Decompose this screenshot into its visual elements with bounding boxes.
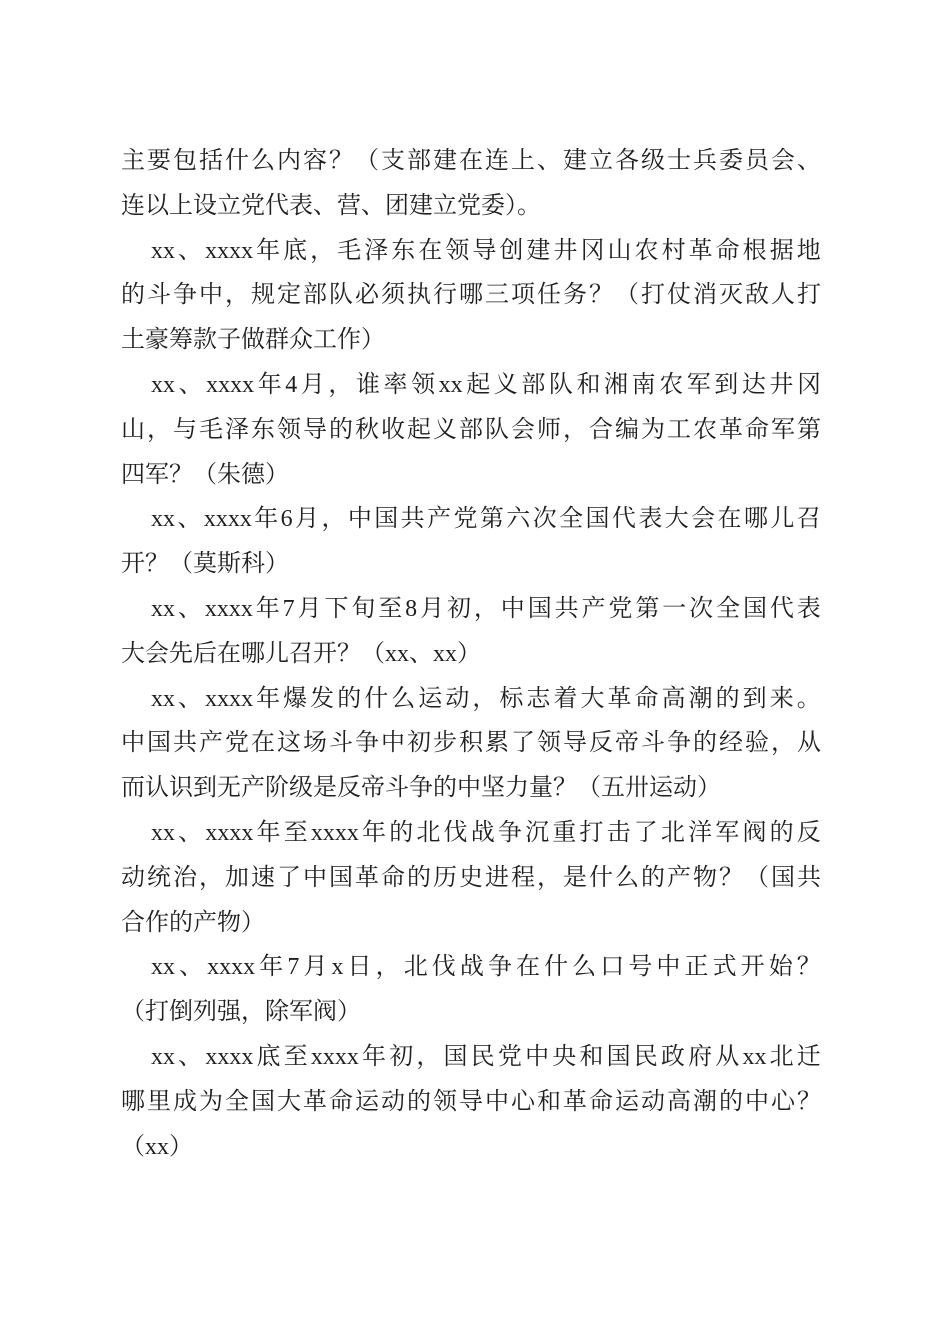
text-line: 连以上设立党代表、营、团建立党委）。 (121, 184, 821, 229)
text-line: xx、xxxx年底，毛泽东在领导创建井冈山农村革命根据地 (121, 229, 821, 274)
text-line: xx、xxxx底至xxxx年初，国民党中央和国民政府从xx北迁 (121, 1035, 821, 1080)
text-line: xx、xxxx年至xxxx年的北伐战争沉重打击了北洋军阀的反 (121, 811, 821, 856)
text-line: 大会先后在哪儿召开？（xx、xx） (121, 632, 821, 677)
text-line: xx、xxxx年7月x日，北伐战争在什么口号中正式开始？ (121, 945, 821, 990)
document-page: 主要包括什么内容？（支部建在连上、建立各级士兵委员会、连以上设立党代表、营、团建… (0, 0, 950, 1344)
paragraph: xx、xxxx底至xxxx年初，国民党中央和国民政府从xx北迁哪里成为全国大革命… (121, 1035, 821, 1169)
document-body: 主要包括什么内容？（支部建在连上、建立各级士兵委员会、连以上设立党代表、营、团建… (121, 139, 821, 1169)
text-line: 哪里成为全国大革命运动的领导中心和革命运动高潮的中心？ (121, 1080, 821, 1125)
text-line: 山，与毛泽东领导的秋收起义部队会师，合编为工农革命军第 (121, 408, 821, 453)
text-line: （xx） (121, 1125, 821, 1170)
text-line: xx、xxxx年7月下旬至8月初，中国共产党第一次全国代表 (121, 587, 821, 632)
text-line: xx、xxxx年爆发的什么运动，标志着大革命高潮的到来。 (121, 677, 821, 722)
paragraph: xx、xxxx年7月下旬至8月初，中国共产党第一次全国代表大会先后在哪儿召开？（… (121, 587, 821, 677)
text-line: 开？（莫斯科） (121, 542, 821, 587)
text-line: 动统治，加速了中国革命的历史进程，是什么的产物？（国共 (121, 856, 821, 901)
text-line: xx、xxxx年4月，谁率领xx起义部队和湘南农军到达井冈 (121, 363, 821, 408)
text-line: 土豪筹款子做群众工作） (121, 318, 821, 363)
text-line: xx、xxxx年6月，中国共产党第六次全国代表大会在哪儿召 (121, 497, 821, 542)
paragraph: xx、xxxx年7月x日，北伐战争在什么口号中正式开始？（打倒列强，除军阀） (121, 945, 821, 1035)
text-line: 而认识到无产阶级是反帝斗争的中坚力量？（五卅运动） (121, 766, 821, 811)
paragraph: xx、xxxx年爆发的什么运动，标志着大革命高潮的到来。中国共产党在这场斗争中初… (121, 677, 821, 811)
text-line: 主要包括什么内容？（支部建在连上、建立各级士兵委员会、 (121, 139, 821, 184)
text-line: 的斗争中，规定部队必须执行哪三项任务？（打仗消灭敌人打 (121, 273, 821, 318)
paragraph: xx、xxxx年4月，谁率领xx起义部队和湘南农军到达井冈山，与毛泽东领导的秋收… (121, 363, 821, 497)
text-line: （打倒列强，除军阀） (121, 990, 821, 1035)
text-line: 合作的产物） (121, 901, 821, 946)
paragraph: xx、xxxx年底，毛泽东在领导创建井冈山农村革命根据地的斗争中，规定部队必须执… (121, 229, 821, 363)
paragraph: xx、xxxx年至xxxx年的北伐战争沉重打击了北洋军阀的反动统治，加速了中国革… (121, 811, 821, 945)
text-line: 中国共产党在这场斗争中初步积累了领导反帝斗争的经验，从 (121, 721, 821, 766)
paragraph: 主要包括什么内容？（支部建在连上、建立各级士兵委员会、连以上设立党代表、营、团建… (121, 139, 821, 229)
text-line: 四军？（朱德） (121, 453, 821, 498)
paragraph: xx、xxxx年6月，中国共产党第六次全国代表大会在哪儿召开？（莫斯科） (121, 497, 821, 587)
